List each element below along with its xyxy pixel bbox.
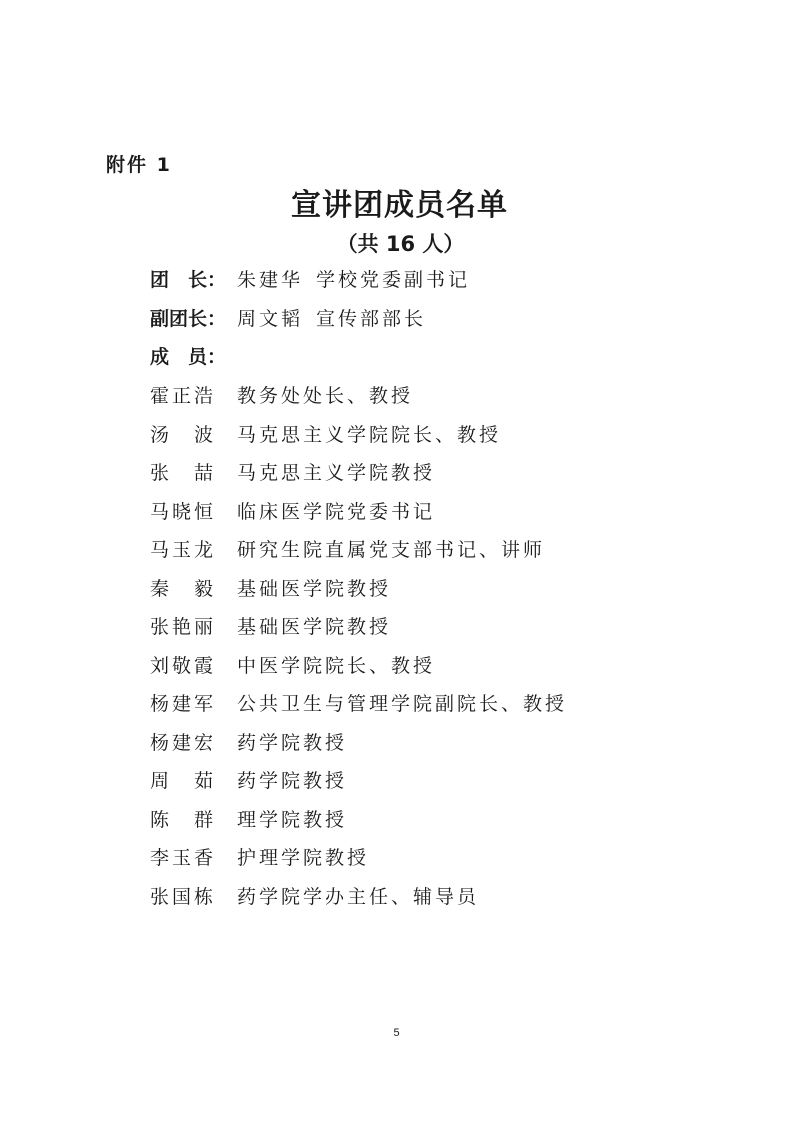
member-row: 李玉香护理学院教授	[150, 844, 369, 872]
member-row: 刘敬霞中医学院院长、教授	[150, 652, 435, 680]
leader-role: 学校党委副书记	[316, 266, 470, 294]
member-role: 基础医学院教授	[237, 613, 391, 641]
deputy-leader-name: 周文韬	[237, 305, 324, 333]
member-row: 汤 波马克思主义学院院长、教授	[150, 421, 501, 449]
member-name: 张 喆	[150, 459, 237, 487]
member-role: 护理学院教授	[237, 844, 369, 872]
member-name: 马玉龙	[150, 536, 237, 564]
member-name: 马晓恒	[150, 498, 237, 526]
member-role: 马克思主义学院教授	[237, 459, 435, 487]
member-name: 杨建军	[150, 690, 237, 718]
member-row: 秦 毅基础医学院教授	[150, 575, 391, 603]
deputy-leader-label: 副团长：	[150, 305, 237, 333]
leader-label: 团 长：	[150, 266, 237, 294]
member-row: 霍正浩教务处处长、教授	[150, 382, 413, 410]
member-row: 张 喆马克思主义学院教授	[150, 459, 435, 487]
member-role: 马克思主义学院院长、教授	[237, 421, 501, 449]
members-label-row: 成 员：	[150, 343, 226, 371]
member-role: 药学院学办主任、辅导员	[237, 883, 479, 911]
member-count: （共 16 人）	[0, 228, 793, 258]
member-name: 刘敬霞	[150, 652, 237, 680]
member-name: 李玉香	[150, 844, 237, 872]
member-role: 药学院教授	[237, 729, 347, 757]
member-name: 张国栋	[150, 883, 237, 911]
member-role: 理学院教授	[237, 806, 347, 834]
deputy-leader-row: 副团长：周文韬宣传部部长	[150, 305, 426, 333]
member-role: 研究生院直属党支部书记、讲师	[237, 536, 545, 564]
document-title: 宣讲团成员名单	[0, 180, 793, 224]
member-name: 周 茹	[150, 767, 237, 795]
member-name: 秦 毅	[150, 575, 237, 603]
member-name: 杨建宏	[150, 729, 237, 757]
deputy-leader-role: 宣传部部长	[316, 305, 426, 333]
member-role: 基础医学院教授	[237, 575, 391, 603]
member-name: 陈 群	[150, 806, 237, 834]
members-label: 成 员：	[150, 343, 226, 371]
attachment-label: 附件 1	[106, 150, 172, 177]
member-row: 杨建军公共卫生与管理学院副院长、教授	[150, 690, 567, 718]
page-number: 5	[0, 1027, 793, 1039]
member-role: 药学院教授	[237, 767, 347, 795]
member-row: 杨建宏药学院教授	[150, 729, 347, 757]
member-name: 张艳丽	[150, 613, 237, 641]
member-row: 陈 群理学院教授	[150, 806, 347, 834]
member-row: 马晓恒临床医学院党委书记	[150, 498, 435, 526]
member-role: 公共卫生与管理学院副院长、教授	[237, 690, 567, 718]
member-row: 张国栋药学院学办主任、辅导员	[150, 883, 479, 911]
member-name: 霍正浩	[150, 382, 237, 410]
member-row: 周 茹药学院教授	[150, 767, 347, 795]
member-role: 临床医学院党委书记	[237, 498, 435, 526]
member-name: 汤 波	[150, 421, 237, 449]
member-role: 中医学院院长、教授	[237, 652, 435, 680]
member-row: 张艳丽基础医学院教授	[150, 613, 391, 641]
member-role: 教务处处长、教授	[237, 382, 413, 410]
member-row: 马玉龙研究生院直属党支部书记、讲师	[150, 536, 545, 564]
leader-name: 朱建华	[237, 266, 324, 294]
leader-row: 团 长：朱建华学校党委副书记	[150, 266, 470, 294]
